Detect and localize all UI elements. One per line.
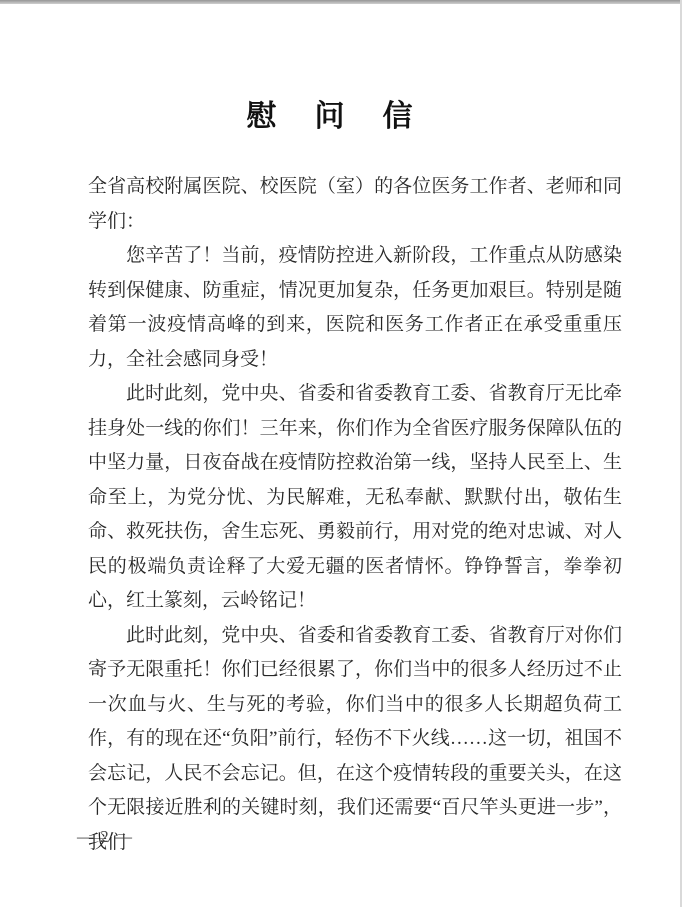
scan-edge-top	[0, 0, 682, 4]
letter-title: 慰 问 信	[0, 96, 660, 138]
letter-body: 全省高校附属医院、校医院（室）的各位医务工作者、老师和同学们： 您辛苦了！当前，…	[88, 170, 622, 860]
letter-paragraph-3: 此时此刻，党中央、省委和省委教育工委、省教育厅对你们寄予无限重托！你们已经很累了…	[88, 619, 622, 861]
letter-page: 慰 问 信 全省高校附属医院、校医院（室）的各位医务工作者、老师和同学们： 您辛…	[0, 0, 682, 907]
letter-paragraph-2: 此时此刻，党中央、省委和省委教育工委、省教育厅无比牵挂身处一线的你们！三年来，你…	[88, 377, 622, 619]
page-number: — 2 —	[77, 826, 133, 848]
letter-paragraph-1: 您辛苦了！当前，疫情防控进入新阶段，工作重点从防感染转到保健康、防重症，情况更加…	[88, 239, 622, 377]
letter-salutation: 全省高校附属医院、校医院（室）的各位医务工作者、老师和同学们：	[88, 170, 622, 239]
